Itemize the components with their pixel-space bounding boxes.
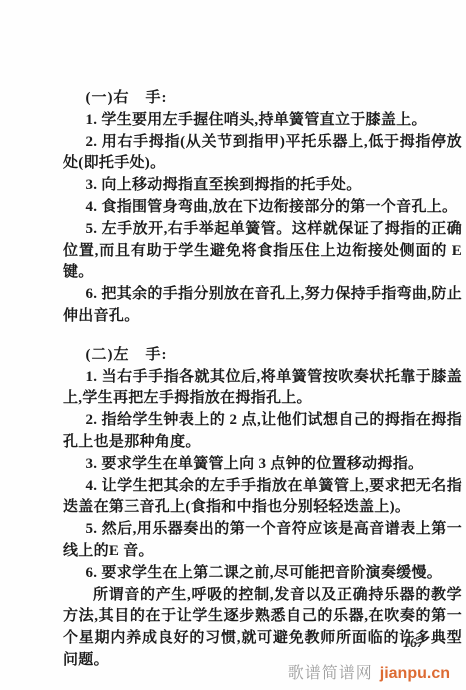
- book-page: (一)右 手: 1. 学生要用左手握住哨头,持单簧管直立于膝盖上。 2. 用右手…: [0, 0, 466, 690]
- page-number: 167: [403, 636, 424, 652]
- list-item: 2. 用右手拇指(从关节到指甲)平托乐器上,低于拇指停放处(即托手处)。: [63, 132, 462, 176]
- list-item: 4. 食指围管身弯曲,放在下边衔接部分的第一个音孔上。: [63, 197, 462, 219]
- list-item: 2. 指给学生钟表上的 2 点,让他们试想自己的拇指在拇指孔上也是那种角度。: [63, 410, 462, 454]
- list-item: 6. 要求学生在上第二课之前,尽可能把音阶演奏缓慢。: [63, 563, 462, 585]
- list-item: 1. 学生要用左手握住哨头,持单簧管直立于膝盖上。: [63, 110, 462, 132]
- list-item: 5. 然后,用乐器奏出的第一个音符应该是高音谱表上第一线上的E 音。: [63, 519, 462, 563]
- section-left-hand: (二)左 手: 1. 当右手手指各就其位后,将单簧管按吹奏状托靠于膝盖上,学生再…: [63, 345, 462, 585]
- page-content: (一)右 手: 1. 学生要用左手握住哨头,持单簧管直立于膝盖上。 2. 用右手…: [63, 88, 462, 672]
- section-heading: (二)左 手:: [63, 345, 462, 367]
- list-item: 3. 向上移动拇指直至挨到拇指的托手处。: [63, 175, 462, 197]
- list-item: 3. 要求学生在单簧管上向 3 点钟的位置移动拇指。: [63, 454, 462, 476]
- list-item: 6. 把其余的手指分别放在音孔上,努力保持手指弯曲,防止伸出音孔。: [63, 284, 462, 328]
- watermark: 歌谱简谱网 jianpu.cn: [288, 660, 450, 683]
- watermark-site-url: jianpu.cn: [380, 665, 450, 683]
- list-item: 4. 让学生把其余的左手手指放在单簧管上,要求把无名指迭盖在第三音孔上(食指和中…: [63, 476, 462, 520]
- list-item: 1. 当右手手指各就其位后,将单簧管按吹奏状托靠于膝盖上,学生再把左手拇指放在拇…: [63, 367, 462, 411]
- closing-paragraph: 所谓音的产生,呼吸的控制,发音以及正确持乐器的教学方法,其目的在于让学生逐步熟悉…: [63, 585, 462, 672]
- watermark-site-name: 歌谱简谱网: [288, 660, 373, 683]
- list-item: 5. 左手放开,右手举起单簧管。这样就保证了拇指的正确位置,而且有助于学生避免将…: [63, 219, 462, 284]
- section-right-hand: (一)右 手: 1. 学生要用左手握住哨头,持单簧管直立于膝盖上。 2. 用右手…: [63, 88, 462, 328]
- section-heading: (一)右 手:: [63, 88, 462, 110]
